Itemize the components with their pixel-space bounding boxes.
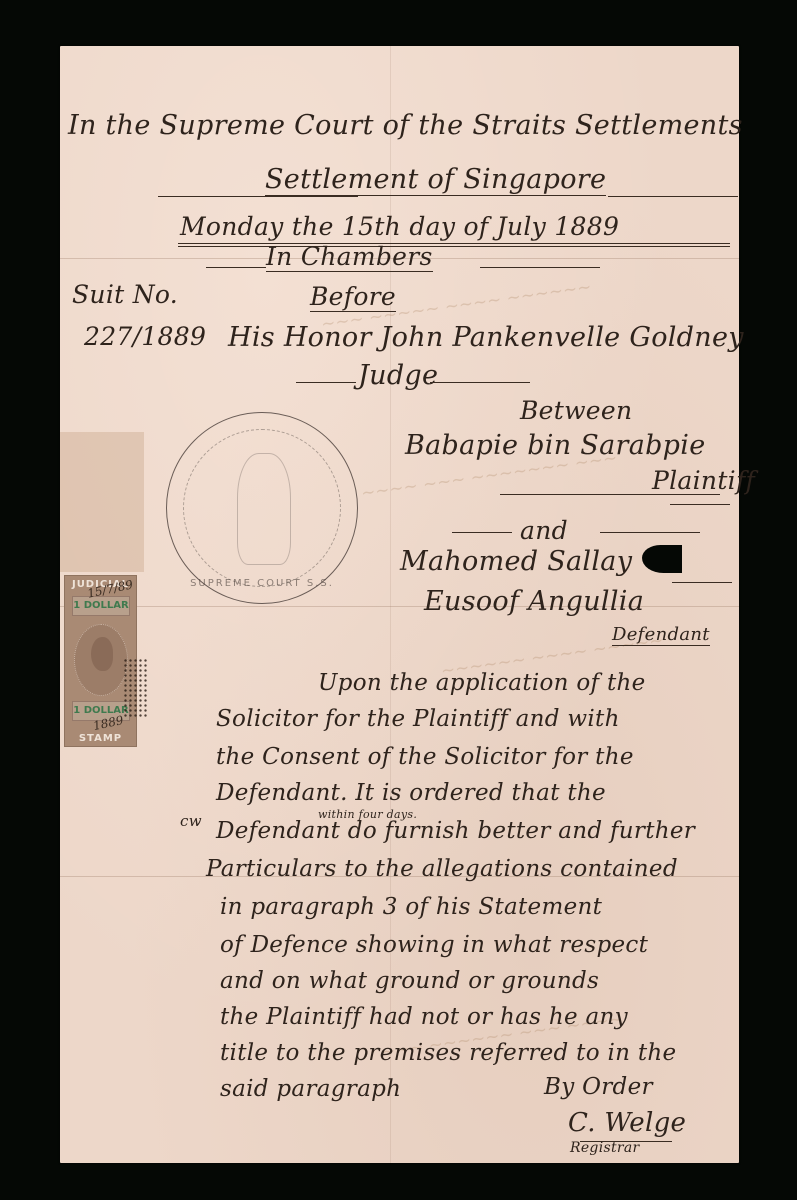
stamp-value-top: 1 DOLLAR xyxy=(72,596,130,616)
body-line: in paragraph 3 of his Statement xyxy=(220,894,602,920)
underline xyxy=(206,267,266,268)
suit-label: Suit No. xyxy=(72,280,178,309)
defendant-name-1: Mahomed Sallay xyxy=(400,546,632,577)
underline xyxy=(672,582,732,583)
between-line: Between xyxy=(520,396,632,425)
seal-figure xyxy=(237,453,291,565)
body-line: said paragraph xyxy=(220,1076,401,1102)
body-line: Defendant. It is ordered that the xyxy=(216,780,606,806)
body-line: Upon the application of the xyxy=(318,670,646,696)
body-line: Defendant do furnish better and further xyxy=(216,818,695,844)
by-order: By Order xyxy=(544,1074,653,1100)
signature: C. Welge xyxy=(568,1108,686,1138)
queen-profile-icon xyxy=(91,637,113,671)
seal-text: SUPREME COURT S.S. xyxy=(167,578,357,589)
signatory-title: Registrar xyxy=(570,1140,640,1156)
body-line: the Plaintiff had not or has he any xyxy=(220,1004,628,1030)
underline xyxy=(480,267,600,268)
underline xyxy=(670,504,730,505)
judge-name: His Honor John Pankenvelle Goldney xyxy=(228,322,744,353)
and-line: and xyxy=(520,516,568,545)
underline xyxy=(430,382,530,383)
date-line: Monday the 15th day of July 1889 xyxy=(180,212,619,241)
underline xyxy=(452,532,512,533)
judge-title: Judge xyxy=(358,360,438,391)
plaintiff-role: Plaintiff xyxy=(652,466,755,495)
underline xyxy=(608,196,738,197)
underline xyxy=(158,196,358,197)
body-line: of Defence showing in what respect xyxy=(220,932,648,958)
plaintiff-name: Babapie bin Sarabpie xyxy=(405,430,705,461)
court-seal-emblem: SUPREME COURT S.S. xyxy=(166,412,358,604)
judicial-revenue-stamp: JUDICIAL 1 DOLLAR 1 DOLLAR STAMP 15/7/89… xyxy=(64,575,137,747)
suit-number: 227/1889 xyxy=(84,322,206,351)
double-underline xyxy=(178,243,730,247)
body-line: Solicitor for the Plaintiff and with xyxy=(216,706,620,732)
defendant-name-2: Eusoof Angullia xyxy=(424,586,644,617)
image-frame: ~~~ ~~~~~ ~~~~ ~~~~~~ ~~~~ ~~~ ~~~~~~~ ~… xyxy=(0,0,797,1200)
settlement-heading: Settlement of Singapore xyxy=(265,164,606,196)
underline xyxy=(296,382,356,383)
body-line: the Consent of the Solicitor for the xyxy=(216,744,634,770)
faded-patch xyxy=(60,432,144,572)
body-line: Particulars to the allegations contained xyxy=(206,856,678,882)
defendant-role: Defendant xyxy=(612,624,710,646)
court-heading: In the Supreme Court of the Straits Sett… xyxy=(68,110,743,141)
margin-initials: cw xyxy=(180,812,202,830)
torn-edge xyxy=(642,545,682,573)
underline xyxy=(600,532,700,533)
body-line: and on what ground or grounds xyxy=(220,968,599,994)
stamp-perforation-cancel xyxy=(123,658,149,718)
before-line: Before xyxy=(310,282,396,312)
stamp-footer: STAMP xyxy=(65,733,136,744)
stamp-portrait-icon xyxy=(74,624,128,696)
body-line: title to the premises referred to in the xyxy=(220,1040,676,1066)
chambers-line: In Chambers xyxy=(266,242,433,272)
court-order-document: ~~~ ~~~~~ ~~~~ ~~~~~~ ~~~~ ~~~ ~~~~~~~ ~… xyxy=(60,46,739,1163)
